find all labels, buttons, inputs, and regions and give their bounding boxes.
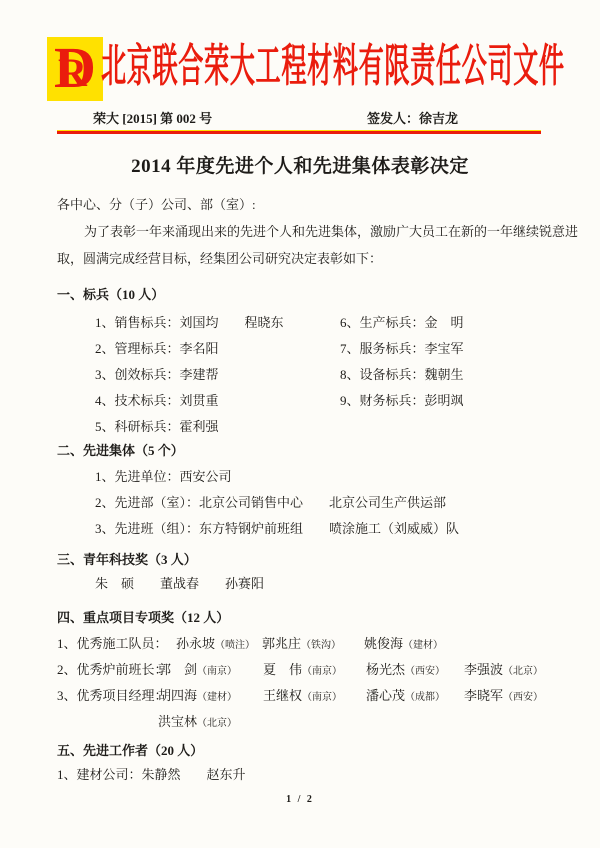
- section-1-heading: 一、标兵（10 人）: [57, 284, 164, 303]
- award-line: 9、财务标兵：彭明飒: [340, 392, 464, 410]
- award-line: 2、先进部（室）：北京公司销售中心 北京公司生产供运部: [95, 494, 446, 512]
- awardee-name: 李晓军: [464, 688, 503, 703]
- awardee: 李强波（北京）: [464, 659, 543, 678]
- awardee-location: （喷注）: [215, 640, 255, 651]
- awardee-location: （建材）: [197, 692, 237, 703]
- award-line: 朱 硕 董战春 孙赛阳: [95, 575, 264, 593]
- intro-line-1: 为了表彰一年来涌现出来的先进个人和先进集体，激励广大员工在新的一年继续锐意进: [84, 223, 578, 241]
- red-separator-rule: [57, 130, 541, 134]
- intro-line-2: 取，圆满完成经营目标，经集团公司研究决定表彰如下：: [57, 250, 382, 268]
- award-line: 1、建材公司：朱静然 赵东升: [57, 766, 246, 784]
- logo-letter-r: R: [58, 53, 87, 93]
- awardee-name: 潘心茂: [366, 688, 405, 703]
- award-row: 2、优秀炉前班长： 郭 剑（南京） 夏 伟（南京） 杨光杰（西安） 李强波（北京…: [0, 659, 600, 679]
- section-4-heading: 四、重点项目专项奖（12 人）: [57, 607, 229, 626]
- doc-number: 荣大 [2015] 第 002 号: [93, 108, 212, 127]
- signer-name: 签发人：徐吉龙: [367, 108, 458, 127]
- award-row-label: 2、优秀炉前班长：: [57, 659, 168, 678]
- awardee: 潘心茂（成都）: [366, 685, 445, 704]
- award-line: 8、设备标兵：魏朝生: [340, 366, 464, 384]
- awardee: 姚俊海（建材）: [364, 633, 443, 652]
- award-line: 3、创效标兵：李建帮: [95, 366, 219, 384]
- award-row: 3、优秀项目经理： 胡四海（建材） 王继权（南京） 潘心茂（成都） 李晓军（西安…: [0, 685, 600, 705]
- awardee: 郭兆庄（铁沟）: [262, 633, 341, 652]
- award-line: 7、服务标兵：李宝军: [340, 340, 464, 358]
- award-line: 4、技术标兵：刘贯重: [95, 392, 219, 410]
- awardee: 郭 剑（南京）: [158, 659, 237, 678]
- page-number: 1 / 2: [0, 794, 600, 805]
- award-line: 6、生产标兵：金 明: [340, 314, 464, 332]
- award-row-label: 3、优秀项目经理：: [57, 685, 168, 704]
- awardee-name: 孙永坡: [176, 636, 215, 651]
- awardee: 夏 伟（南京）: [263, 659, 342, 678]
- awardee-location: （西安）: [405, 666, 445, 677]
- awardee-location: （建材）: [403, 640, 443, 651]
- awardee-name: 李强波: [464, 662, 503, 677]
- awardee-location: （铁沟）: [301, 640, 341, 651]
- awardee-name: 姚俊海: [364, 636, 403, 651]
- awardee: 胡四海（建材）: [158, 685, 237, 704]
- awardee-name: 王继权: [263, 688, 302, 703]
- section-2-heading: 二、先进集体（5 个）: [57, 440, 184, 459]
- award-row: 1、优秀施工队员： 孙永坡（喷注） 郭兆庄（铁沟） 姚俊海（建材）: [0, 633, 600, 653]
- awardee-location: （南京）: [302, 666, 342, 677]
- company-logo: D R: [47, 37, 103, 101]
- awardee-location: （北京）: [197, 718, 237, 729]
- award-row: 洪宝林（北京）: [0, 711, 600, 731]
- award-row-label: 1、优秀施工队员：: [57, 633, 168, 652]
- awardee-location: （成都）: [405, 692, 445, 703]
- awardee-name: 洪宝林: [158, 714, 197, 729]
- awardee-location: （西安）: [503, 692, 543, 703]
- document-page: D R 北京联合荣大工程材料有限责任公司文件 荣大 [2015] 第 002 号…: [0, 0, 600, 848]
- award-line: 1、先进单位：西安公司: [95, 468, 232, 486]
- award-line: 1、销售标兵：刘国均 程晓东: [95, 314, 284, 332]
- awardee-name: 夏 伟: [263, 662, 302, 677]
- salutation: 各中心、分（子）公司、部（室）:: [57, 196, 256, 214]
- awardee-location: （南京）: [197, 666, 237, 677]
- document-title: 2014 年度先进个人和先进集体表彰决定: [0, 151, 600, 178]
- award-line: 3、先进班（组）：东方特钢炉前班组 喷涂施工（刘威威）队: [95, 520, 459, 538]
- award-line: 2、管理标兵：李名阳: [95, 340, 219, 358]
- section-3-heading: 三、青年科技奖（3 人）: [57, 549, 197, 568]
- section-5-heading: 五、先进工作者（20 人）: [57, 740, 203, 759]
- awardee: 杨光杰（西安）: [366, 659, 445, 678]
- awardee: 洪宝林（北京）: [158, 711, 237, 730]
- awardee-name: 郭兆庄: [262, 636, 301, 651]
- awardee: 孙永坡（喷注）: [176, 633, 255, 652]
- awardee: 王继权（南京）: [263, 685, 342, 704]
- awardee-location: （北京）: [503, 666, 543, 677]
- company-title: 北京联合荣大工程材料有限责任公司文件: [101, 42, 565, 92]
- awardee-name: 胡四海: [158, 688, 197, 703]
- award-line: 5、科研标兵：霍利强: [95, 418, 219, 436]
- awardee-name: 杨光杰: [366, 662, 405, 677]
- awardee-name: 郭 剑: [158, 662, 197, 677]
- awardee-location: （南京）: [302, 692, 342, 703]
- awardee: 李晓军（西安）: [464, 685, 543, 704]
